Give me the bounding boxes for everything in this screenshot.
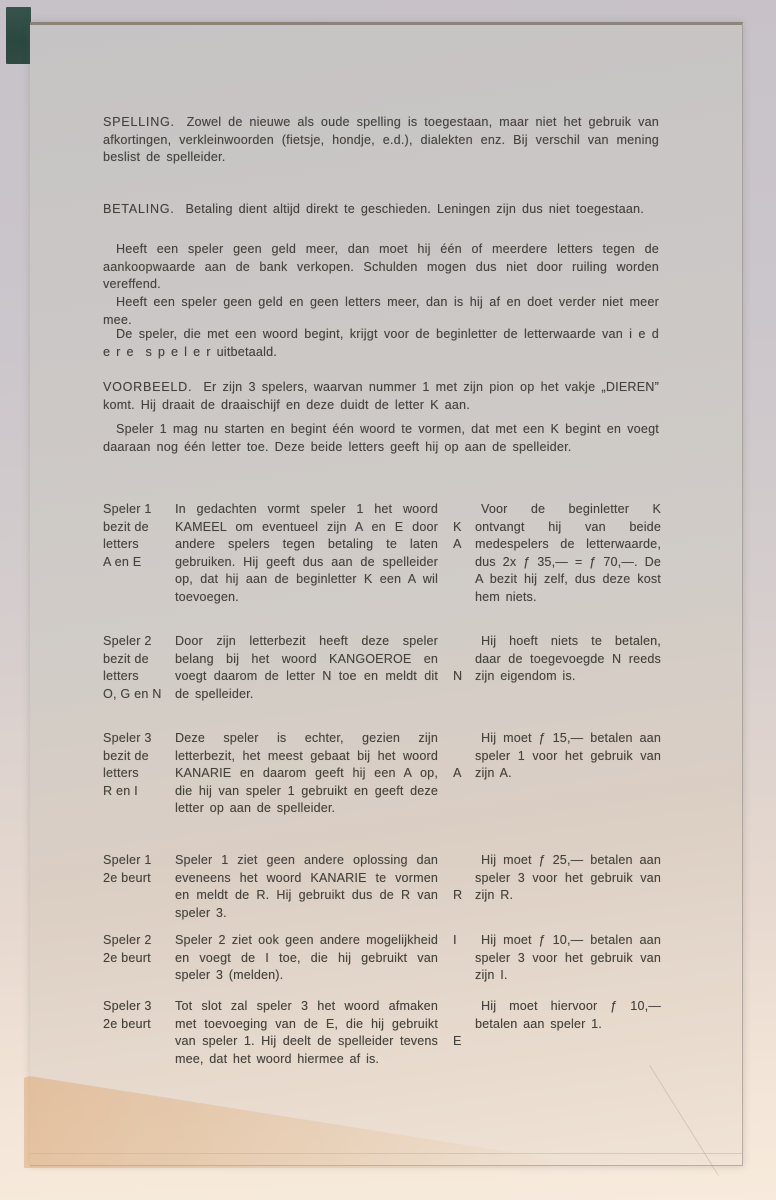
margin-letter: I: [453, 932, 456, 950]
paper-sheet: SPELLING. Zowel de nieuwe als oude spell…: [30, 22, 743, 1166]
margin-letter: E: [453, 1033, 461, 1051]
row-right-text: Hij hoeft niets te betalen, daar de toeg…: [475, 633, 661, 686]
row-label: Speler 2 2e beurt: [103, 932, 181, 967]
paragraph-betaling-2: Heeft een speler geen geld meer, dan moe…: [103, 241, 659, 294]
paragraph-voorbeeld: VOORBEELD. Er zijn 3 spelers, waarvan nu…: [103, 379, 659, 414]
row-label: Speler 1 bezit de letters A en E: [103, 501, 181, 571]
row-label: Speler 3 2e beurt: [103, 998, 181, 1033]
paragraph-spelling: SPELLING. Zowel de nieuwe als oude spell…: [103, 114, 659, 167]
row-right: A Hij moet ƒ 15,— betalen aan speler 1 v…: [475, 730, 661, 783]
row-right-text: Hij moet hiervoor ƒ 10,— betalen aan spe…: [475, 998, 661, 1033]
row-label: Speler 3 bezit de letters R en I: [103, 730, 181, 800]
teal-mark: [6, 7, 31, 64]
section-heading-betaling: BETALING.: [103, 202, 175, 216]
row-label: Speler 1 2e beurt: [103, 852, 181, 887]
margin-letter: A: [453, 536, 461, 554]
paragraph-voorbeeld-2: Speler 1 mag nu starten en begint één wo…: [103, 421, 659, 456]
row-middle-text: Speler 1 ziet geen andere oplossing dan …: [175, 852, 438, 922]
row-right: E Hij moet hiervoor ƒ 10,— betalen aan s…: [475, 998, 661, 1033]
paragraph-beginletter: De speler, die met een woord begint, kri…: [103, 326, 659, 361]
row-middle-text: Tot slot zal speler 3 het woord afmaken …: [175, 998, 438, 1068]
margin-letter: K: [453, 519, 461, 537]
section-heading-voorbeeld: VOORBEELD.: [103, 380, 192, 394]
row-right: K A Voor de beginletter K ontvangt hij v…: [475, 501, 661, 607]
paragraph-text: Betaling dient altijd direkt te geschied…: [186, 202, 644, 216]
paragraph-text: Zowel de nieuwe als oude spelling is toe…: [103, 115, 659, 164]
row-right: R Hij moet ƒ 25,— betalen aan speler 3 v…: [475, 852, 661, 905]
paper-crease: [30, 1153, 742, 1154]
row-right-text: Hij moet ƒ 10,— betalen aan speler 3 voo…: [475, 932, 661, 985]
margin-letter: N: [453, 668, 462, 686]
paper-crease: [649, 1065, 719, 1176]
section-heading-spelling: SPELLING.: [103, 115, 175, 129]
row-right-text: Hij moet ƒ 25,— betalen aan speler 3 voo…: [475, 852, 661, 905]
row-middle-text: Door zijn letterbezit heeft deze speler …: [175, 633, 438, 703]
paragraph-betaling: BETALING. Betaling dient altijd direkt t…: [103, 201, 659, 219]
row-right: N Hij hoeft niets te betalen, daar de to…: [475, 633, 661, 686]
row-label: Speler 2 bezit de letters O, G en N: [103, 633, 181, 703]
paragraph-betaling-3: Heeft een speler geen geld en geen lette…: [103, 294, 659, 329]
row-right: I Hij moet ƒ 10,— betalen aan speler 3 v…: [475, 932, 661, 985]
margin-letter: A: [453, 765, 461, 783]
margin-letter: R: [453, 887, 462, 905]
row-middle-text: Deze speler is echter, gezien zijn lette…: [175, 730, 438, 818]
row-middle-text: Speler 2 ziet ook geen andere mogelijkhe…: [175, 932, 438, 985]
row-right-text: Hij moet ƒ 15,— betalen aan speler 1 voo…: [475, 730, 661, 783]
row-middle-text: In gedachten vormt speler 1 het woord KA…: [175, 501, 438, 607]
row-right-text: Voor de beginletter K ontvangt hij van b…: [475, 501, 661, 607]
